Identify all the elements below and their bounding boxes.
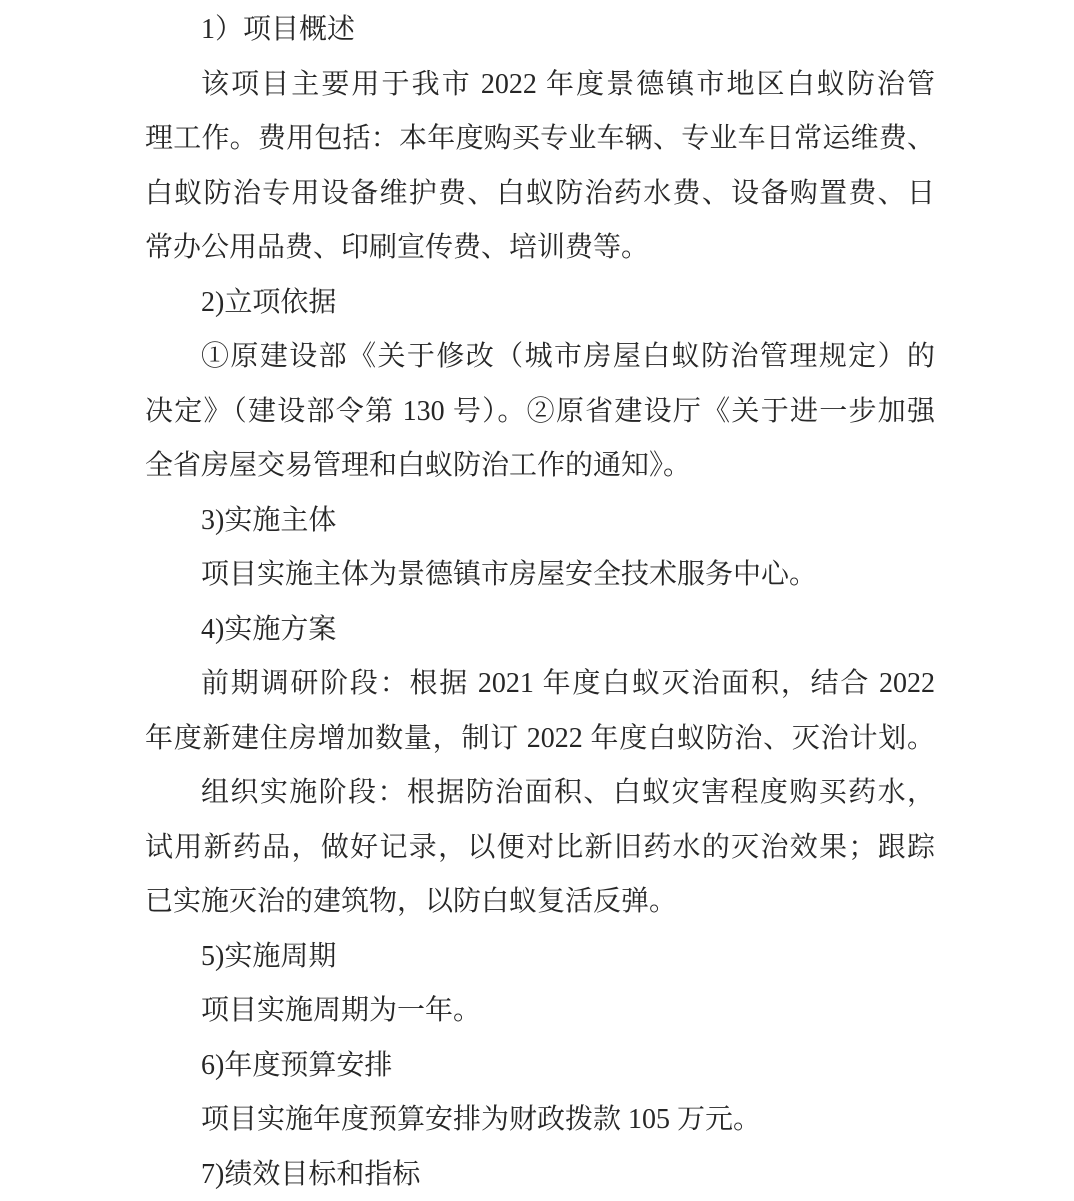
heading-line: 7)绩效目标和指标 <box>145 1148 935 1201</box>
text-line: ①原建设部《关于修改（城市房屋白蚁防治管理规定）的 <box>145 330 935 385</box>
text-line: 前期调研阶段：根据 2021 年度白蚁灭治面积，结合 2022 <box>145 657 935 712</box>
text-line: 已实施灭治的建筑物，以防白蚁复活反弹。 <box>145 875 935 930</box>
document-body: 1）项目概述该项目主要用于我市 2022 年度景德镇市地区白蚁防治管理工作。费用… <box>145 3 935 1201</box>
text-line: 项目实施主体为景德镇市房屋安全技术服务中心。 <box>145 548 935 603</box>
text-line: 该项目主要用于我市 2022 年度景德镇市地区白蚁防治管 <box>145 58 935 113</box>
text-line: 常办公用品费、印刷宣传费、培训费等。 <box>145 221 935 276</box>
text-line: 试用新药品，做好记录，以便对比新旧药水的灭治效果；跟踪 <box>145 821 935 876</box>
text-line: 项目实施年度预算安排为财政拨款 105 万元。 <box>145 1093 935 1148</box>
heading-line: 2)立项依据 <box>145 276 935 331</box>
text-line: 组织实施阶段：根据防治面积、白蚁灾害程度购买药水， <box>145 766 935 821</box>
text-line: 理工作。费用包括：本年度购买专业车辆、专业车日常运维费、 <box>145 112 935 167</box>
text-line: 白蚁防治专用设备维护费、白蚁防治药水费、设备购置费、日 <box>145 167 935 222</box>
document-page: 1）项目概述该项目主要用于我市 2022 年度景德镇市地区白蚁防治管理工作。费用… <box>0 0 1074 1201</box>
text-line: 全省房屋交易管理和白蚁防治工作的通知》。 <box>145 439 935 494</box>
heading-line: 6)年度预算安排 <box>145 1039 935 1094</box>
text-line: 项目实施周期为一年。 <box>145 984 935 1039</box>
text-line: 决定》（建设部令第 130 号）。②原省建设厅《关于进一步加强 <box>145 385 935 440</box>
heading-line: 5)实施周期 <box>145 930 935 985</box>
heading-line: 1）项目概述 <box>145 3 935 58</box>
text-line: 年度新建住房增加数量，制订 2022 年度白蚁防治、灭治计划。 <box>145 712 935 767</box>
heading-line: 3)实施主体 <box>145 494 935 549</box>
heading-line: 4)实施方案 <box>145 603 935 658</box>
